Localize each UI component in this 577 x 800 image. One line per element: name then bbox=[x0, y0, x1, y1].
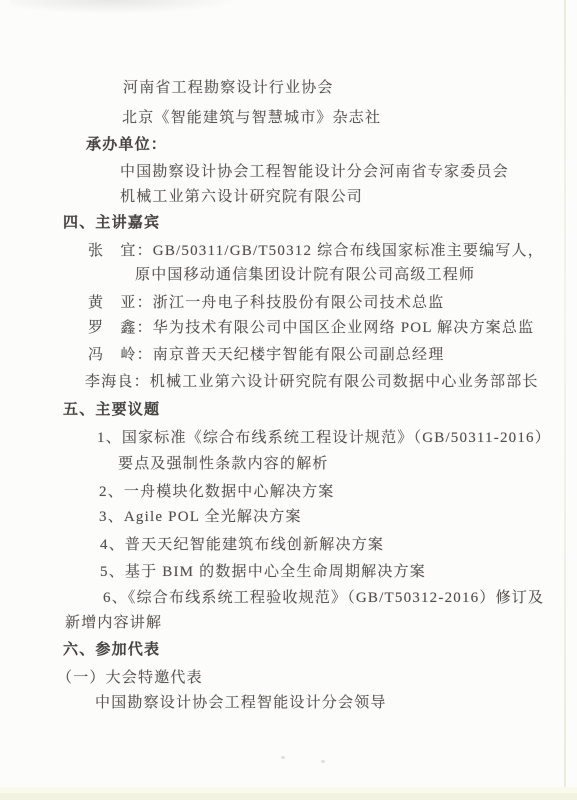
scan-edge-line bbox=[564, 0, 566, 800]
topic-5: 5、基于 BIM 的数据中心全生命周期解决方案 bbox=[100, 562, 426, 582]
scan-smudge-top bbox=[10, 0, 240, 14]
organizer-line-1: 中国勘察设计协会工程智能设计分会河南省专家委员会 bbox=[120, 162, 509, 182]
scanned-document-page: 河南省工程勘察设计行业协会 北京《智能建筑与智慧城市》杂志社 承办单位： 中国勘… bbox=[0, 0, 577, 800]
speaker-li-hailiang: 李海良：机械工业第六设计研究院有限公司数据中心业务部部长 bbox=[85, 372, 539, 392]
organizer-line-2: 机械工业第六设计研究院有限公司 bbox=[120, 187, 363, 207]
topic-6-line-2: 新增内容讲解 bbox=[65, 613, 162, 633]
topic-1-line-2: 要点及强制性条款内容的解析 bbox=[118, 454, 329, 474]
scan-speck bbox=[321, 760, 325, 763]
speaker-luo-xin: 罗 鑫：华为技术有限公司中国区企业网络 POL 解决方案总监 bbox=[88, 318, 534, 338]
speaker-feng-ling: 冯 岭：南京普天天纪楼宇智能有限公司副总经理 bbox=[88, 345, 444, 365]
section-attendees-heading: 六、参加代表 bbox=[63, 640, 160, 660]
scan-bottom-band bbox=[0, 793, 577, 800]
supporting-org-line-1: 河南省工程勘察设计行业协会 bbox=[123, 78, 334, 98]
topic-1-line-1: 1、国家标准《综合布线系统工程设计规范》（GB/50311-2016） bbox=[97, 428, 551, 448]
topic-4: 4、普天天纪智能建筑布线创新解决方案 bbox=[100, 535, 384, 555]
scan-speck bbox=[281, 756, 285, 759]
section-topics-heading: 五、主要议题 bbox=[63, 400, 160, 420]
topic-6-line-1: 6、《综合布线系统工程验收规范》（GB/T50312-2016）修订及 bbox=[103, 588, 544, 608]
topic-2: 2、一舟模块化数据中心解决方案 bbox=[99, 482, 335, 502]
attendee-group-1-line-1: 中国勘察设计协会工程智能设计分会领导 bbox=[95, 693, 387, 713]
speaker-zhang-yi-line-1: 张 宜：GB/50311/GB/T50312 综合布线国家标准主要编写人， bbox=[88, 241, 544, 261]
supporting-org-line-2: 北京《智能建筑与智慧城市》杂志社 bbox=[122, 108, 381, 128]
attendee-group-1-heading: （一）大会特邀代表 bbox=[57, 668, 203, 688]
section-speakers-heading: 四、主讲嘉宾 bbox=[63, 213, 160, 233]
speaker-huang-ya: 黄 亚：浙江一舟电子科技股份有限公司技术总监 bbox=[88, 293, 444, 313]
speaker-zhang-yi-line-2: 原中国移动通信集团设计院有限公司高级工程师 bbox=[135, 265, 475, 285]
topic-3: 3、Agile POL 全光解决方案 bbox=[99, 507, 302, 527]
organizer-label: 承办单位： bbox=[86, 135, 167, 155]
